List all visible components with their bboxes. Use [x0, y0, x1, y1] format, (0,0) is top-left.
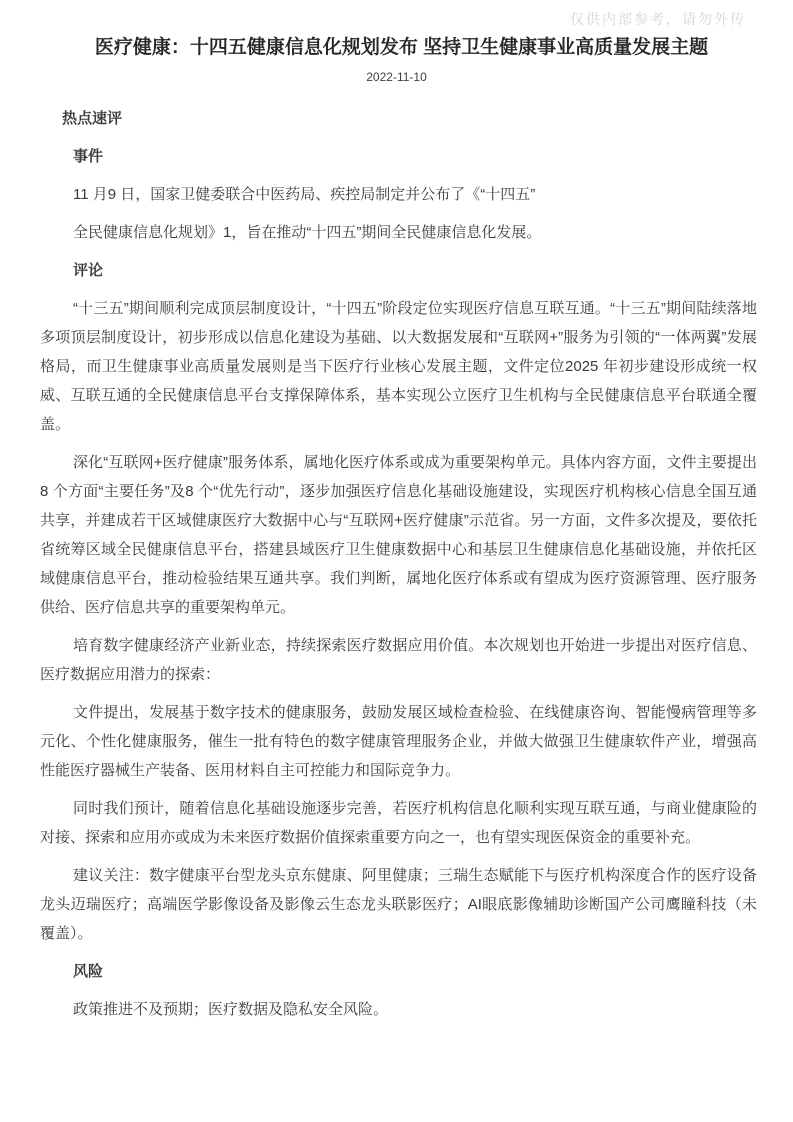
document-body: 热点速评 事件11 月9 日，国家卫健委联合中医药局、疾控局制定并公布了《“十四… — [40, 104, 757, 1024]
paragraph: 培育数字健康经济产业新业态，持续探索医疗数据应用价值。本次规划也开始进一步提出对… — [40, 631, 757, 689]
page-title: 医疗健康：十四五健康信息化规划发布 坚持卫生健康事业高质量发展主题 — [40, 36, 763, 60]
paragraph: “十三五”期间顺利完成顶层制度设计，“十四五”阶段定位实现医疗信息互联互通。“十… — [40, 294, 757, 439]
section-heading: 风险 — [40, 957, 757, 986]
column-label: 热点速评 — [62, 104, 757, 133]
report-page: 仅供内部参考，请勿外传 医疗健康：十四五健康信息化规划发布 坚持卫生健康事业高质… — [0, 0, 793, 1122]
paragraph: 深化“互联网+医疗健康”服务体系，属地化医疗体系或成为重要架构单元。具体内容方面… — [40, 448, 757, 622]
paragraph: 同时我们预计，随着信息化基础设施逐步完善，若医疗机构信息化顺利实现互联互通，与商… — [40, 794, 757, 852]
paragraph: 全民健康信息化规划》1，旨在推动“十四五”期间全民健康信息化发展。 — [40, 218, 757, 247]
section-heading: 事件 — [40, 142, 757, 171]
publish-date: 2022-11-10 — [0, 70, 793, 84]
section-heading: 评论 — [40, 256, 757, 285]
paragraph: 建议关注：数字健康平台型龙头京东健康、阿里健康；三瑞生态赋能下与医疗机构深度合作… — [40, 861, 757, 948]
paragraph: 政策推进不及预期；医疗数据及隐私安全风险。 — [40, 995, 757, 1024]
confidential-watermark: 仅供内部参考，请勿外传 — [570, 9, 746, 29]
sections-container: 事件11 月9 日，国家卫健委联合中医药局、疾控局制定并公布了《“十四五”全民健… — [40, 142, 757, 1024]
paragraph: 11 月9 日，国家卫健委联合中医药局、疾控局制定并公布了《“十四五” — [40, 180, 757, 209]
paragraph: 文件提出，发展基于数字技术的健康服务，鼓励发展区域检查检验、在线健康咨询、智能慢… — [40, 698, 757, 785]
